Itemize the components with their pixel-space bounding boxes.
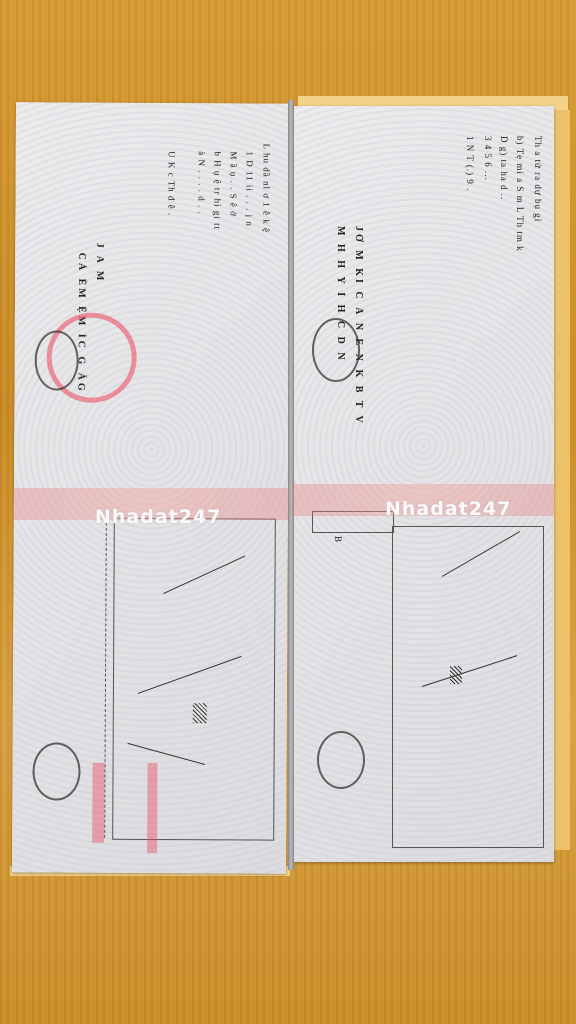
body-text-line: M ầ ụ . . S ê ở xyxy=(226,151,240,511)
official-seal-stamp xyxy=(312,318,360,382)
section-label: B xyxy=(332,536,344,686)
body-text-line: b H ụ ệ tr hì gi tt xyxy=(210,151,224,481)
map-hatch xyxy=(193,703,207,723)
body-text-line: D g) ta ha d .. xyxy=(498,136,510,436)
section-heading: CÁ ÊM ỆM ÍC G ĂG xyxy=(74,253,88,583)
official-seal-stamp xyxy=(32,742,80,800)
watermark-text: Nhadat247 xyxy=(95,506,221,528)
land-plot-frame xyxy=(392,526,544,848)
divider xyxy=(104,518,107,838)
section-heading: JỜ M KI C Ấ N E N K B T V xyxy=(352,226,364,526)
map-hatch xyxy=(450,666,462,684)
body-text-line: Th a tử ra dự bụ gỉ xyxy=(532,136,544,516)
official-seal-stamp xyxy=(317,731,365,789)
red-stamp-mark xyxy=(147,763,157,853)
body-text-line: U K c Th đ ễ . xyxy=(164,151,178,451)
official-seal-stamp xyxy=(35,330,79,390)
body-text-line: à N . . . . d . . xyxy=(194,151,208,461)
body-text-line: 1 N T (.) 9 . xyxy=(464,136,476,396)
body-text-line: b) Tẹ mí a S m L Th tm k xyxy=(514,136,526,516)
body-text-line: 3 4 5 6 ... xyxy=(482,136,494,416)
land-plot-frame xyxy=(112,518,276,841)
watermark-text: Nhadat247 xyxy=(385,498,511,520)
red-stamp-mark xyxy=(92,763,104,843)
